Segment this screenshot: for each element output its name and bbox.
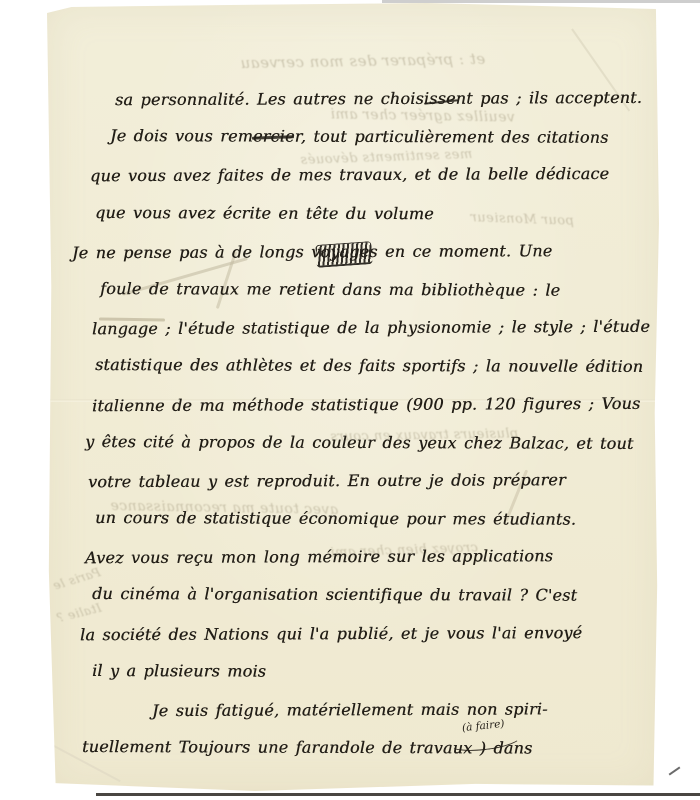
scanned-letter: et : préparer des mon cerveau veuillez a… <box>0 0 700 800</box>
handwritten-line: statistique des athlètes et des faits sp… <box>95 346 659 386</box>
scan-edge-bottom <box>96 793 700 796</box>
handwritten-line: un cours de statistique économique pour … <box>95 499 659 539</box>
handwritten-line: il y a plusieurs mois <box>92 652 659 692</box>
handwritten-line: tuellement Toujours une farandole de tra… <box>82 728 659 768</box>
handwritten-line: foule de travaux me retient dans ma bibl… <box>100 270 659 310</box>
ink-scribble-correction <box>315 241 372 268</box>
handwritten-line: Avez vous reçu mon long mémoire sur les … <box>85 537 659 578</box>
scan-edge-top <box>382 0 700 3</box>
letter-page: et : préparer des mon cerveau veuillez a… <box>47 3 659 791</box>
handwritten-line: sa personnalité. Les autres ne choisisse… <box>115 79 659 120</box>
handwritten-line: Je dois vous remercier, tout particulièr… <box>110 117 659 157</box>
handwritten-line: que vous avez faites de mes travaux, et … <box>90 155 659 196</box>
scan-artifact <box>669 766 681 775</box>
handwritten-line: la société des Nations qui l'a publié, e… <box>80 613 659 654</box>
handwritten-line: Je suis fatigué, matériellement mais non… <box>152 690 659 730</box>
handwritten-line: que vous avez écrite en tête du volume <box>95 194 659 234</box>
handwritten-line: italienne de ma méthode statistique (900… <box>92 384 659 425</box>
handwritten-line: du cinéma à l'organisation scientifique … <box>92 575 659 615</box>
handwritten-line: votre tableau y est reproduit. En outre … <box>88 461 659 502</box>
handwritten-line: langage ; l'étude statistique de la phys… <box>92 308 659 349</box>
letter-body: sa personnalité. Les autres ne choisisse… <box>47 80 659 767</box>
ink-bleed-fragment: et : préparer des mon cerveau <box>240 50 485 72</box>
handwritten-line: y êtes cité à propos de la couleur des y… <box>85 423 659 463</box>
